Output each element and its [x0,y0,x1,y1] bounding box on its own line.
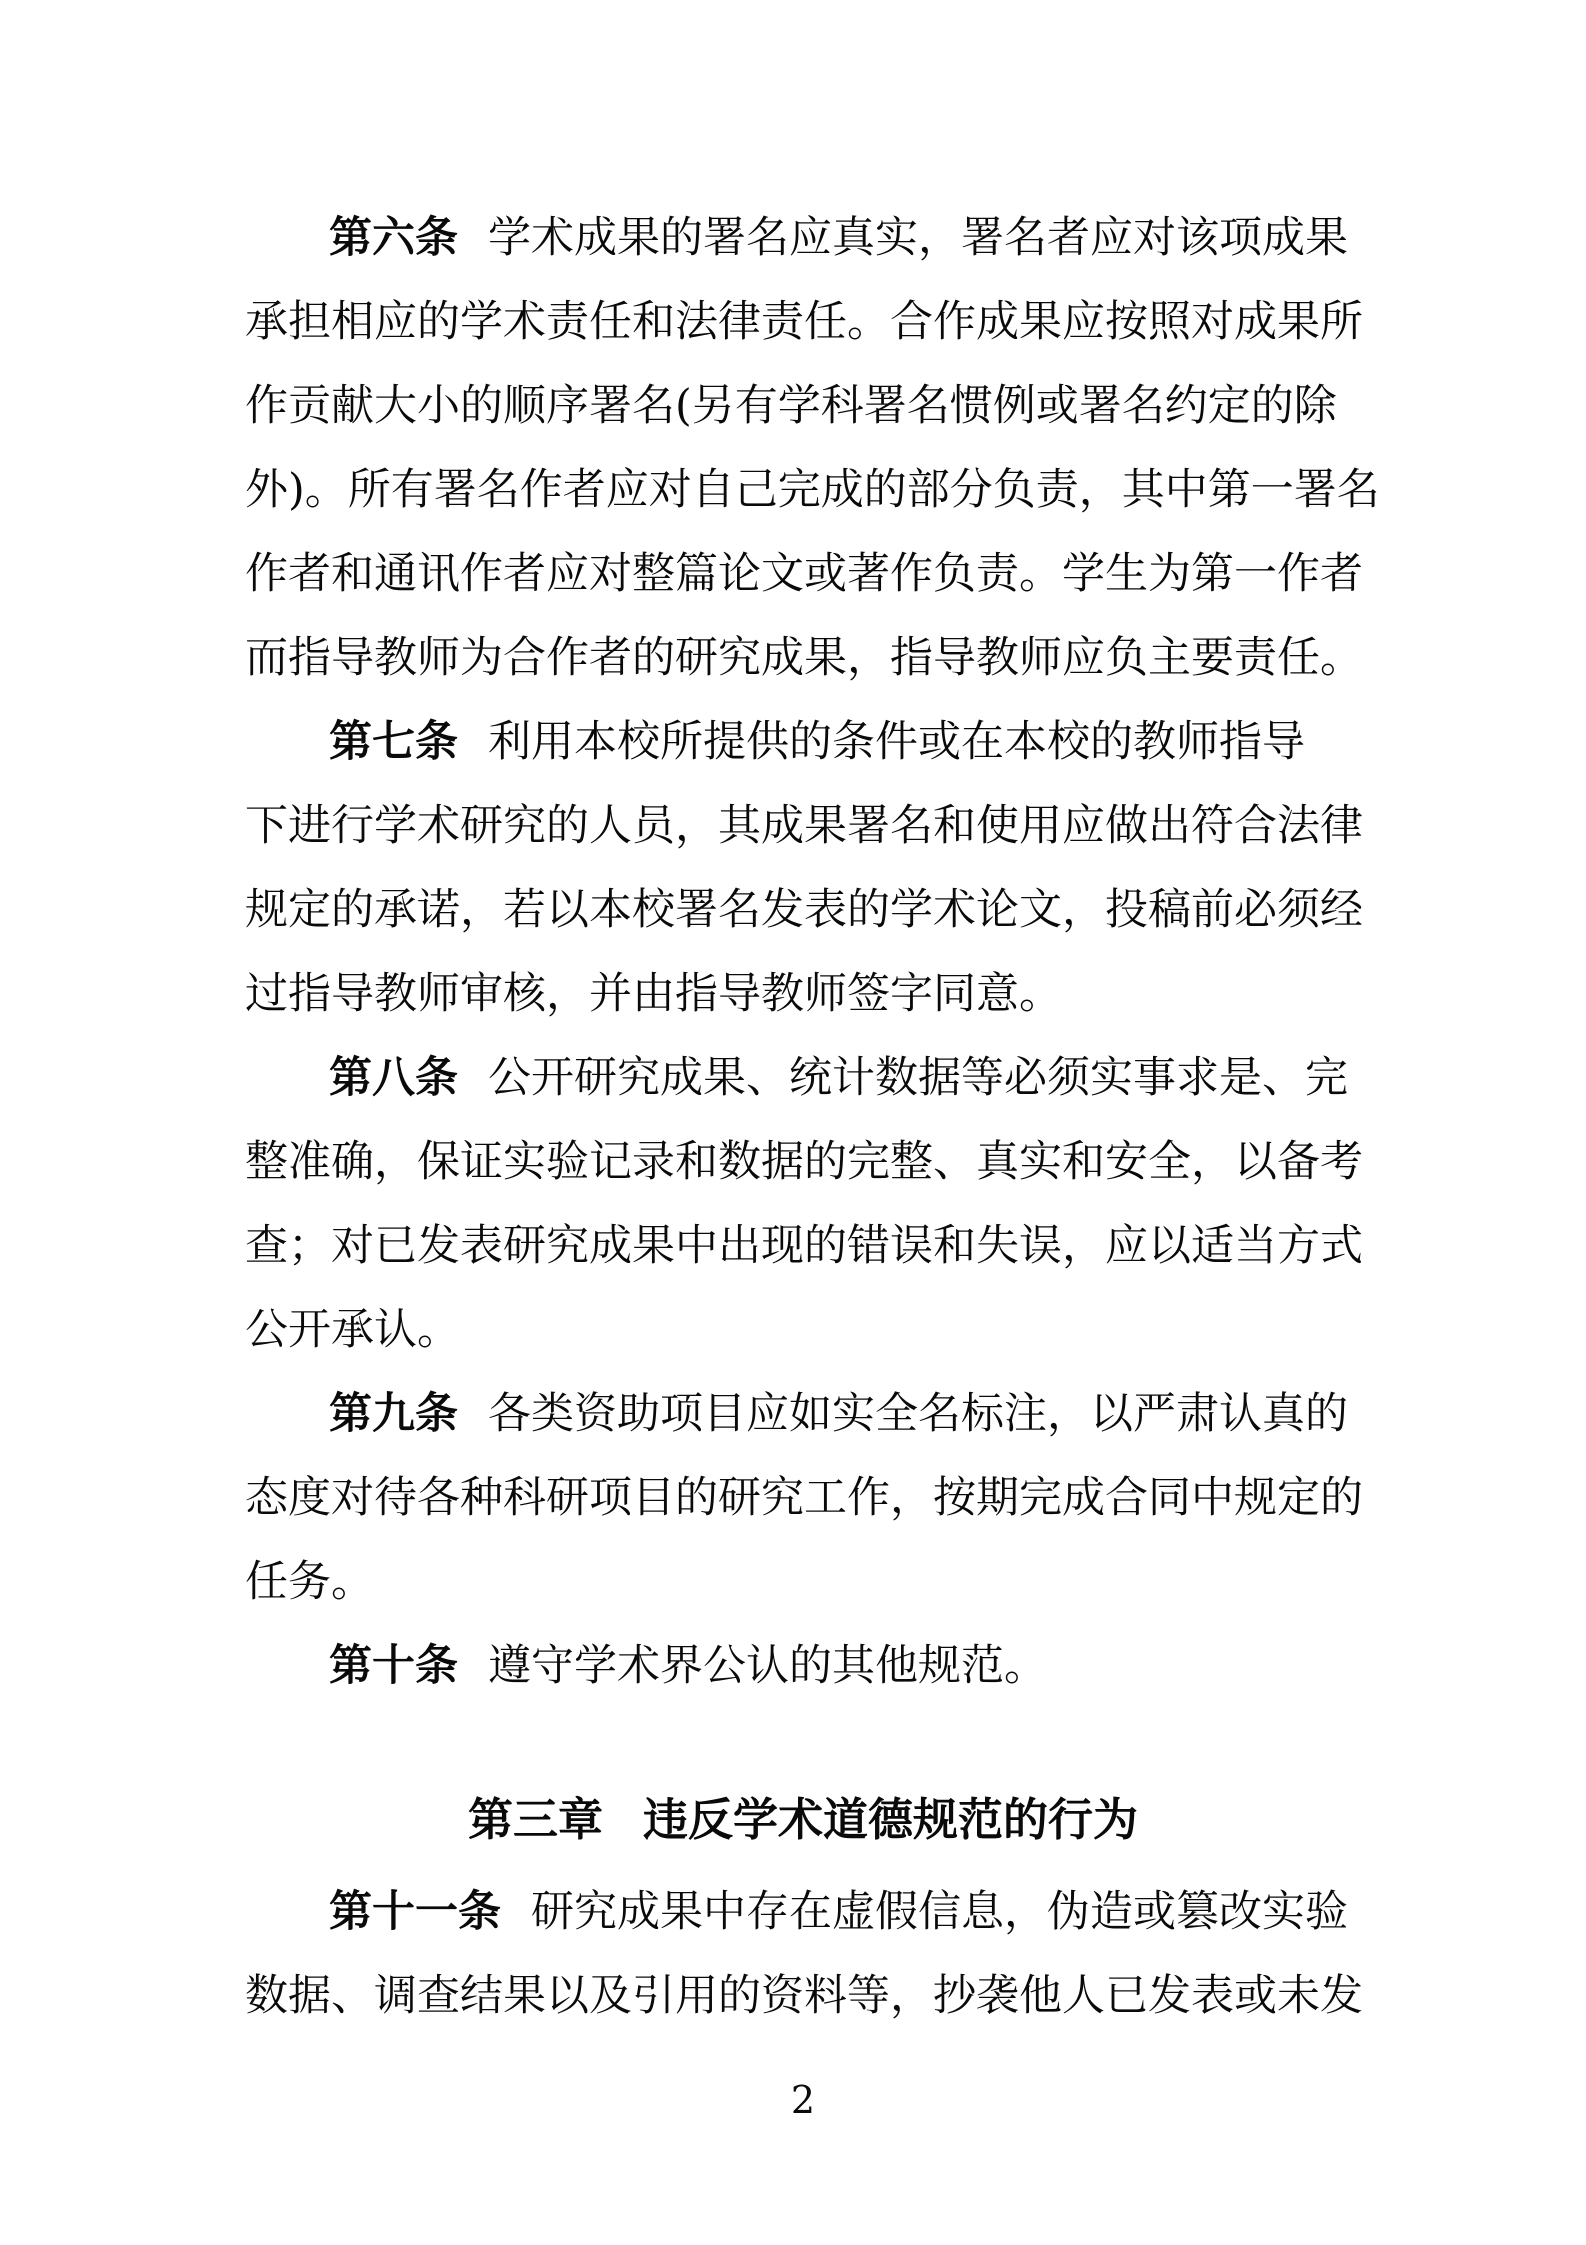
line-text: 学术成果的署名应真实，署名者应对该项成果 [488,213,1348,263]
line-text: 作贡献大小的顺序署名(另有学科署名惯例或署名约定的除 [245,381,1337,431]
text-line: 查；对已发表研究成果中出现的错误和失误，应以适当方式 [245,1204,1361,1288]
article-start-line: 第七条利用本校所提供的条件或在本校的教师指导 [245,700,1361,784]
line-text: 规定的承诺，若以本校署名发表的学术论文，投稿前必须经 [245,885,1363,935]
text-line: 作者和通讯作者应对整篇论文或著作负责。学生为第一作者 [245,532,1361,616]
article-number: 第六条 [329,213,458,263]
text-line: 规定的承诺，若以本校署名发表的学术论文，投稿前必须经 [245,868,1361,952]
line-text: 公开承认。 [245,1305,460,1355]
text-line: 作贡献大小的顺序署名(另有学科署名惯例或署名约定的除 [245,364,1361,448]
line-text: 外)。所有署名作者应对自己完成的部分负责，其中第一署名 [245,465,1380,515]
chapter-heading: 第三章违反学术道德规范的行为 [245,1778,1361,1862]
text-line: 外)。所有署名作者应对自己完成的部分负责，其中第一署名 [245,448,1361,532]
line-text: 承担相应的学术责任和法律责任。合作成果应按照对成果所 [245,297,1363,347]
text-line: 下进行学术研究的人员，其成果署名和使用应做出符合法律 [245,784,1361,868]
line-text: 遵守学术界公认的其他规范。 [488,1641,1047,1691]
document-page: 第六条学术成果的署名应真实，署名者应对该项成果承担相应的学术责任和法律责任。合作… [0,0,1586,2245]
line-text: 过指导教师审核，并由指导教师签字同意。 [245,969,1062,1019]
article-number: 第七条 [329,717,458,767]
article-number: 第十一条 [329,1887,501,1937]
text-line: 任务。 [245,1540,1361,1624]
line-text: 研究成果中存在虚假信息，伪造或篡改实验 [531,1887,1348,1937]
line-text: 任务。 [245,1557,374,1607]
article-start-line: 第六条学术成果的署名应真实，署名者应对该项成果 [245,196,1361,280]
text-line: 整准确，保证实验记录和数据的完整、真实和安全，以备考 [245,1120,1361,1204]
line-text: 作者和通讯作者应对整篇论文或著作负责。学生为第一作者 [245,549,1363,599]
text-line: 而指导教师为合作者的研究成果，指导教师应负主要责任。 [245,616,1361,700]
text-line: 承担相应的学术责任和法律责任。合作成果应按照对成果所 [245,280,1361,364]
article-start-line: 第十条遵守学术界公认的其他规范。 [245,1624,1361,1708]
article-start-line: 第八条公开研究成果、统计数据等必须实事求是、完 [245,1036,1361,1120]
line-text: 数据、调查结果以及引用的资料等，抄袭他人已发表或未发 [245,1971,1363,2021]
text-line: 公开承认。 [245,1288,1361,1372]
chapter-title: 违反学术道德规范的行为 [643,1793,1138,1846]
line-text: 公开研究成果、统计数据等必须实事求是、完 [488,1053,1348,1103]
article-start-line: 第九条各类资助项目应如实全名标注，以严肃认真的 [245,1372,1361,1456]
article-number: 第八条 [329,1053,458,1103]
line-text: 查；对已发表研究成果中出现的错误和失误，应以适当方式 [245,1221,1363,1271]
document-text-block: 第六条学术成果的署名应真实，署名者应对该项成果承担相应的学术责任和法律责任。合作… [245,196,1361,2038]
line-text: 各类资助项目应如实全名标注，以严肃认真的 [488,1389,1348,1439]
line-text: 态度对待各种科研项目的研究工作，按期完成合同中规定的 [245,1473,1363,1523]
text-line: 数据、调查结果以及引用的资料等，抄袭他人已发表或未发 [245,1954,1361,2038]
line-text: 下进行学术研究的人员，其成果署名和使用应做出符合法律 [245,801,1363,851]
text-line: 态度对待各种科研项目的研究工作，按期完成合同中规定的 [245,1456,1361,1540]
page-number: 2 [245,2072,1361,2128]
line-text: 整准确，保证实验记录和数据的完整、真实和安全，以备考 [245,1137,1363,1187]
body-text-lines: 第六条学术成果的署名应真实，署名者应对该项成果承担相应的学术责任和法律责任。合作… [245,196,1361,1708]
line-text: 利用本校所提供的条件或在本校的教师指导 [488,717,1305,767]
chapter-number: 第三章 [468,1793,603,1846]
body-text-lines-continued: 第十一条研究成果中存在虚假信息，伪造或篡改实验数据、调查结果以及引用的资料等，抄… [245,1870,1361,2038]
line-text: 而指导教师为合作者的研究成果，指导教师应负主要责任。 [245,633,1363,683]
article-number: 第九条 [329,1389,458,1439]
article-number: 第十条 [329,1641,458,1691]
text-line: 过指导教师审核，并由指导教师签字同意。 [245,952,1361,1036]
article-start-line: 第十一条研究成果中存在虚假信息，伪造或篡改实验 [245,1870,1361,1954]
